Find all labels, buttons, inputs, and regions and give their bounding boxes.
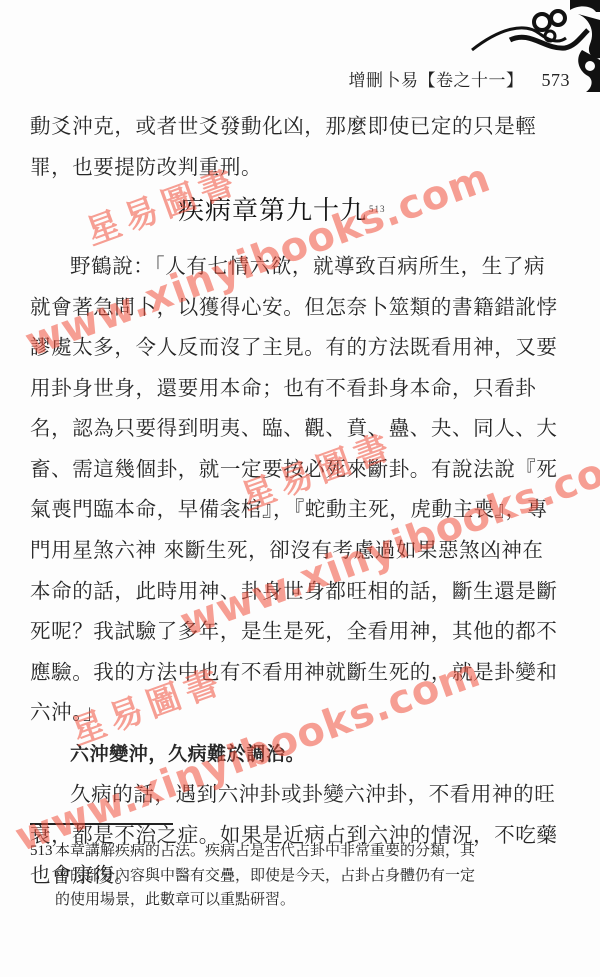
chapter-title-text: 疾病章第九十九 bbox=[178, 196, 367, 226]
rule-heading: 六沖變沖，久病難於調治。 bbox=[70, 740, 600, 768]
footnote-separator bbox=[30, 823, 173, 825]
text-line: 野鶴說：「人有七情六欲，就導致百病所生，生了病 bbox=[70, 252, 600, 280]
book-title: 增刪卜易【卷之十一】 bbox=[349, 71, 524, 91]
footnote-line: 的使用場景，此數章可以重點研習。 bbox=[55, 888, 600, 911]
footnote-reference[interactable]: 513 bbox=[369, 204, 386, 214]
text-line: 就會著急問卜，以獲得心安。但怎奈卜筮類的書籍錯訛悖 bbox=[30, 293, 590, 321]
text-line: 死呢？我試驗了多年，是生是死，全看用神，其他的都不 bbox=[30, 617, 590, 645]
text-line: 動爻沖克，或者世爻發動化凶，那麼即使已定的只是輕 bbox=[30, 112, 590, 140]
text-line: 久病的話，遇到六沖卦或卦變六沖卦，不看用神的旺 bbox=[70, 780, 600, 808]
text-line: 畜、需這幾個卦，就一定要按必死來斷卦。有說法說『死 bbox=[30, 455, 590, 483]
text-line: 氣喪門臨本命，早備衾棺』，『蛇動主死，虎動主喪』，專 bbox=[30, 495, 590, 523]
text-line: 本命的話，此時用神、卦身世身都旺相的話，斷生還是斷 bbox=[30, 577, 590, 605]
text-line: 謬處太多，令人反而沒了主見。有的方法既看用神，又要 bbox=[30, 333, 590, 361]
chapter-title: 疾病章第九十九513 bbox=[178, 194, 386, 228]
page-number: 573 bbox=[542, 70, 571, 90]
footnote-text: 本章講解疾病的占法。疾病占是古代占卦中非常重要的分類，其 bbox=[55, 841, 475, 859]
text-line: 罪，也要提防改判重刑。 bbox=[30, 153, 590, 181]
book-page: 增刪卜易【卷之十一】573 動爻沖克，或者世爻發動化凶，那麼即使已定的只是輕 罪… bbox=[0, 0, 600, 977]
text-line: 六沖。」 bbox=[30, 698, 590, 726]
footnote-line: 中的部分內容與中醫有交疊，即使是今天，占卦占身體仍有一定 bbox=[55, 864, 600, 887]
text-line: 門用星煞六神 來斷生死，卻沒有考慮過如果惡煞凶神在 bbox=[30, 536, 590, 564]
text-line: 用卦身世身，還要用本命；也有不看卦身本命，只看卦 bbox=[30, 374, 590, 402]
text-line: 應驗。我的方法中也有不看用神就斷生死的，就是卦變和 bbox=[30, 658, 590, 686]
footnote-number: 513 bbox=[30, 840, 55, 863]
text-line: 名，認為只要得到明夷、臨、觀、賁、蠱、夬、同人、大 bbox=[30, 414, 590, 442]
footnote-line: 513本章講解疾病的占法。疾病占是古代占卦中非常重要的分類，其 bbox=[30, 839, 600, 863]
running-header: 增刪卜易【卷之十一】573 bbox=[300, 66, 570, 91]
